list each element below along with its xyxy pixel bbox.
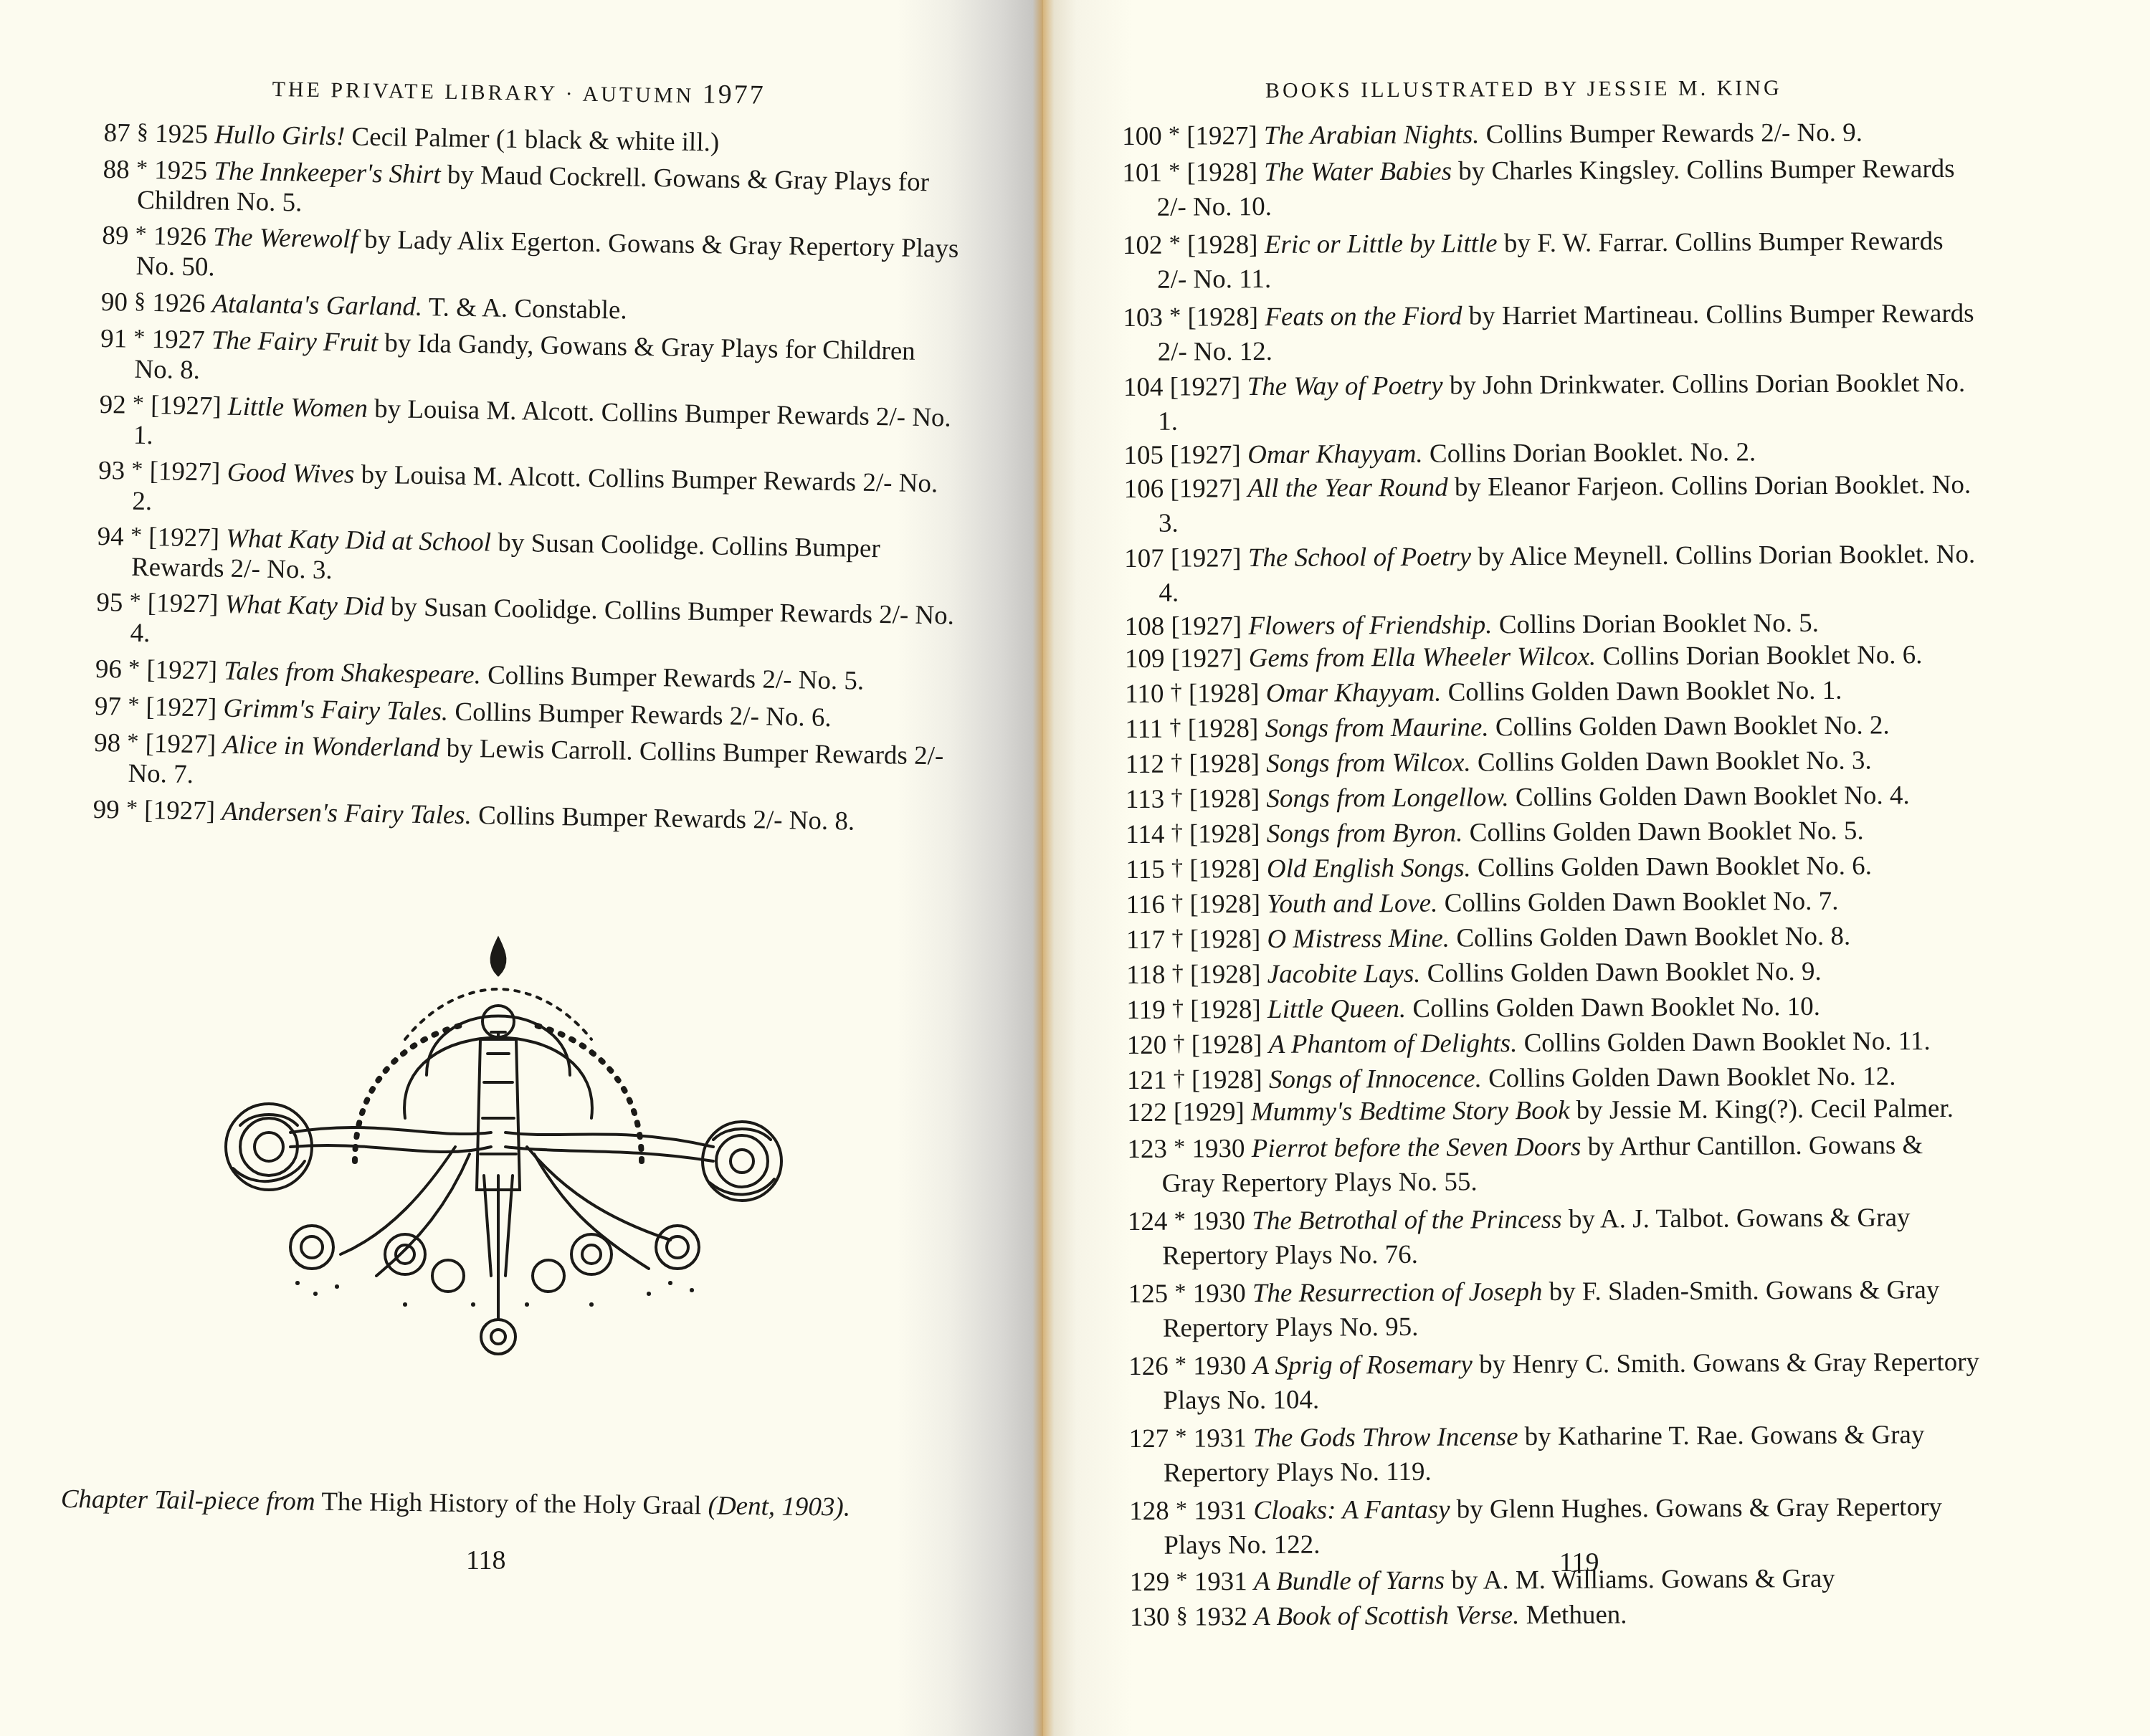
entry-year: [1927] xyxy=(1170,372,1241,402)
entry-number: 115 xyxy=(1126,855,1164,884)
entry-year: 1930 xyxy=(1192,1206,1245,1236)
entry-year: [1927] xyxy=(1171,611,1242,642)
list-item: 104 [1927] The Way of Poetry by John Dri… xyxy=(1123,366,1977,439)
entry-details: Collins Bumper Rewards 2/- No. 8. xyxy=(472,801,855,836)
entry-details: T. & A. Constable. xyxy=(422,292,627,325)
list-item: 89 * 1926 The Werewolf by Lady Alix Eger… xyxy=(101,218,962,295)
entry-number: 118 xyxy=(1126,960,1165,990)
entry-title: Good Wives xyxy=(227,458,354,490)
entry-mark: * xyxy=(1174,1134,1185,1160)
entry-number: 128 xyxy=(1129,1497,1169,1526)
entry-title: Old English Songs. xyxy=(1267,853,1471,883)
entry-mark: † xyxy=(1173,1030,1184,1056)
entry-mark: * xyxy=(1174,1279,1186,1305)
entry-year: [1928] xyxy=(1188,714,1259,744)
entry-mark: † xyxy=(1169,714,1181,740)
entry-number: 88 xyxy=(103,155,130,185)
list-item: 124 * 1930 The Betrothal of the Princess… xyxy=(1128,1198,1982,1274)
entry-mark: * xyxy=(128,654,141,680)
entry-year: [1928] xyxy=(1191,1065,1262,1095)
entry-title: The Werewolf xyxy=(213,222,358,254)
entry-details: Methuen. xyxy=(1519,1600,1627,1630)
entry-details: Collins Golden Dawn Booklet No. 5. xyxy=(1462,816,1863,848)
entry-title: A Sprig of Rosemary xyxy=(1252,1350,1473,1380)
entry-number: 89 xyxy=(102,221,129,251)
entry-details: Collins Golden Dawn Booklet No. 12. xyxy=(1482,1062,1896,1093)
entry-year: [1928] xyxy=(1190,925,1261,955)
entry-title: Songs of Innocence. xyxy=(1269,1064,1482,1094)
entry-year: 1925 xyxy=(154,156,208,186)
entry-mark: † xyxy=(1170,679,1181,705)
entry-year: 1931 xyxy=(1194,1567,1247,1596)
entry-details: Collins Golden Dawn Booklet No. 4. xyxy=(1509,781,1910,812)
entry-mark: † xyxy=(1171,925,1183,950)
entry-details: Collins Bumper Rewards 2/- No. 6. xyxy=(448,697,832,733)
entry-number: 127 xyxy=(1129,1424,1169,1454)
entry-mark: † xyxy=(1171,749,1182,775)
list-item: 127 * 1931 The Gods Throw Incense by Kat… xyxy=(1129,1415,1983,1491)
illustration-caption: Chapter Tail-piece from The High History… xyxy=(61,1484,851,1523)
entry-number: 95 xyxy=(96,588,123,618)
entry-year: [1928] xyxy=(1186,158,1257,188)
entry-number: 99 xyxy=(92,795,120,825)
right-page: Books Illustrated by Jessie M. King 100 … xyxy=(1043,0,2150,1736)
list-item: 88 * 1925 The Innkeeper's Shirt by Maud … xyxy=(103,152,964,229)
entry-title: Gems from Ella Wheeler Wilcox. xyxy=(1248,642,1596,674)
entry-year: [1928] xyxy=(1189,890,1260,920)
entry-number: 94 xyxy=(97,522,124,552)
entry-title: All the Year Round xyxy=(1247,473,1447,503)
entry-title: The Innkeeper's Shirt xyxy=(214,156,441,189)
entry-mark: * xyxy=(1169,302,1181,328)
entry-year: 1930 xyxy=(1191,1134,1245,1163)
entry-number: 112 xyxy=(1126,750,1164,779)
caption-work-title: The High History of the Holy Graal xyxy=(315,1487,708,1521)
running-head-left: The Private Library · Autumn 1977 xyxy=(272,72,766,111)
entry-mark: * xyxy=(133,324,146,350)
entry-title: The Gods Throw Incense xyxy=(1253,1422,1518,1453)
list-item: 108 [1927] Flowers of Friendship. Collin… xyxy=(1125,607,1978,643)
entry-number: 114 xyxy=(1126,820,1164,849)
entry-number: 93 xyxy=(98,456,125,486)
entry-year: [1927] xyxy=(149,457,220,487)
list-item: 120 † [1928] A Phantom of Delights. Coll… xyxy=(1127,1023,1980,1062)
entry-details: Cecil Palmer (1 black & white ill.) xyxy=(345,122,720,157)
entry-year: [1927] xyxy=(1171,543,1242,573)
entry-mark: † xyxy=(1171,784,1182,810)
caption-prefix: Chapter Tail-piece from xyxy=(61,1484,315,1517)
entry-mark: * xyxy=(126,795,138,821)
entry-mark: § xyxy=(134,287,146,313)
entry-year: [1927] xyxy=(148,523,219,553)
entry-number: 90 xyxy=(101,287,128,318)
tailpiece-illustration xyxy=(190,932,807,1362)
entry-number: 122 xyxy=(1127,1098,1167,1127)
entry-title: O Mistress Mine. xyxy=(1267,924,1450,954)
entry-details: by Jessie M. King(?). Cecil Palmer. xyxy=(1569,1094,1954,1125)
entry-details: Collins Golden Dawn Booklet No. 8. xyxy=(1450,922,1850,953)
list-item: 110 † [1928] Omar Khayyam. Collins Golde… xyxy=(1125,672,1978,710)
list-item: 98 * [1927] Alice in Wonderland by Lewis… xyxy=(93,725,954,802)
entry-title: Flowers of Friendship. xyxy=(1248,610,1492,641)
entry-title: Tales from Shakespeare. xyxy=(224,657,481,690)
entry-title: Songs from Byron. xyxy=(1267,819,1463,849)
list-item: 117 † [1928] O Mistress Mine. Collins Go… xyxy=(1126,917,1979,956)
list-item: 128 * 1931 Cloaks: A Fantasy by Glenn Hu… xyxy=(1129,1487,1983,1563)
entry-title: Eric or Little by Little xyxy=(1265,229,1498,259)
entry-number: 96 xyxy=(95,654,123,685)
entry-mark: † xyxy=(1171,854,1183,880)
list-item: 118 † [1928] Jacobite Lays. Collins Gold… xyxy=(1126,953,1979,991)
entry-mark: * xyxy=(136,155,148,181)
entry-mark: † xyxy=(1172,960,1184,986)
caption-publisher: (Dent, 1903). xyxy=(708,1491,850,1522)
entry-number: 87 xyxy=(103,118,130,148)
entry-title: The Way of Poetry xyxy=(1247,371,1443,401)
entry-number: 105 xyxy=(1123,441,1164,470)
entry-mark: * xyxy=(1169,121,1180,147)
entry-mark: * xyxy=(1169,230,1181,256)
entry-title: The Water Babies xyxy=(1264,157,1452,187)
entry-title: Feats on the Fiord xyxy=(1265,302,1462,332)
entry-number: 126 xyxy=(1128,1352,1169,1381)
entry-title: Omar Khayyam. xyxy=(1266,678,1442,708)
entry-mark: * xyxy=(1174,1206,1186,1232)
entry-mark: * xyxy=(1176,1496,1187,1522)
entry-title: Songs from Wilcox. xyxy=(1266,748,1471,778)
list-item: 92 * [1927] Little Women by Louisa M. Al… xyxy=(99,387,960,464)
entry-details: Collins Golden Dawn Booklet No. 7. xyxy=(1437,887,1838,918)
entry-details: Collins Golden Dawn Booklet No. 2. xyxy=(1489,710,1890,742)
entry-year: 1932 xyxy=(1194,1602,1247,1631)
list-item: 122 [1929] Mummy's Bedtime Story Book by… xyxy=(1127,1093,1980,1129)
entry-year: [1928] xyxy=(1189,819,1260,849)
entry-year: [1927] xyxy=(151,391,222,421)
entry-number: 117 xyxy=(1126,925,1165,955)
list-item: 106 [1927] All the Year Round by Eleanor… xyxy=(1124,468,1977,541)
entry-title: The Arabian Nights. xyxy=(1264,120,1480,151)
left-page: The Private Library · Autumn 1977 87 § 1… xyxy=(0,0,1043,1736)
entry-list-left: 87 § 1925 Hullo Girls! Cecil Palmer (1 b… xyxy=(92,115,964,842)
entry-year: 1931 xyxy=(1194,1496,1247,1525)
list-item: 109 [1927] Gems from Ella Wheeler Wilcox… xyxy=(1125,639,1978,675)
list-item: 91 * 1927 The Fairy Fruit by Ida Gandy, … xyxy=(100,321,961,398)
entry-number: 123 xyxy=(1127,1135,1167,1164)
entry-mark: * xyxy=(1176,1567,1187,1593)
entry-title: Little Queen. xyxy=(1267,994,1406,1024)
page-number-left: 118 xyxy=(466,1545,506,1576)
entry-number: 129 xyxy=(1130,1568,1170,1597)
entry-year: [1928] xyxy=(1187,230,1258,260)
entry-mark: † xyxy=(1174,1065,1185,1091)
entry-details: Collins Golden Dawn Booklet No. 9. xyxy=(1420,957,1821,988)
list-item: 125 * 1930 The Resurrection of Joseph by… xyxy=(1128,1270,1982,1346)
entry-details: Collins Dorian Booklet No. 5. xyxy=(1492,609,1819,639)
entry-title: Hullo Girls! xyxy=(214,120,346,151)
running-head-text: The Private Library · Autumn xyxy=(272,77,694,108)
list-item: 103 * [1928] Feats on the Fiord by Harri… xyxy=(1123,294,1977,370)
list-item: 119 † [1928] Little Queen. Collins Golde… xyxy=(1126,988,1979,1026)
entry-mark: § xyxy=(1176,1602,1188,1628)
entry-year: [1927] xyxy=(147,588,218,619)
entry-details: Collins Golden Dawn Booklet No. 10. xyxy=(1406,992,1820,1024)
entry-title: The Resurrection of Joseph xyxy=(1252,1277,1543,1308)
entry-mark: * xyxy=(128,692,140,717)
list-item: 112 † [1928] Songs from Wilcox. Collins … xyxy=(1126,742,1979,781)
entry-mark: * xyxy=(127,728,139,754)
list-item: 101 * [1928] The Water Babies by Charles… xyxy=(1122,149,1976,225)
entry-mark: § xyxy=(137,118,149,144)
entry-title: Youth and Love. xyxy=(1267,889,1437,919)
entry-number: 119 xyxy=(1126,996,1165,1025)
entry-year: 1930 xyxy=(1192,1279,1245,1308)
entry-mark: * xyxy=(1175,1351,1186,1377)
list-item: 129 * 1931 A Bundle of Yarns by A. M. Wi… xyxy=(1130,1560,1983,1598)
entry-number: 102 xyxy=(1123,231,1163,260)
list-item: 114 † [1928] Songs from Byron. Collins G… xyxy=(1126,812,1979,851)
entry-number: 101 xyxy=(1122,158,1162,188)
entry-number: 125 xyxy=(1128,1279,1168,1309)
list-item: 102 * [1928] Eric or Little by Little by… xyxy=(1123,221,1977,297)
entry-title: Songs from Maurine. xyxy=(1265,712,1489,743)
entry-year: [1928] xyxy=(1189,749,1260,779)
list-item: 126 * 1930 A Sprig of Rosemary by Henry … xyxy=(1128,1342,1982,1418)
entry-title: The School of Poetry xyxy=(1248,542,1472,573)
entry-year: [1927] xyxy=(1170,440,1241,470)
entry-title: Pierrot before the Seven Doors xyxy=(1252,1132,1581,1163)
list-item: 111 † [1928] Songs from Maurine. Collins… xyxy=(1125,707,1978,745)
entry-title: Little Women xyxy=(228,392,368,424)
entry-title: A Bundle of Yarns xyxy=(1254,1566,1445,1596)
entry-year: [1928] xyxy=(1187,302,1258,333)
entry-title: Songs from Longellow. xyxy=(1266,783,1508,814)
list-item: 95 * [1927] What Katy Did by Susan Cooli… xyxy=(95,585,956,662)
list-item: 123 * 1930 Pierrot before the Seven Door… xyxy=(1127,1125,1981,1201)
entry-mark: † xyxy=(1171,890,1183,915)
entry-mark: * xyxy=(130,522,143,548)
entry-number: 106 xyxy=(1124,474,1164,504)
entry-details: Collins Golden Dawn Booklet No. 1. xyxy=(1441,676,1842,707)
entry-number: 110 xyxy=(1125,679,1164,709)
list-item: 121 † [1928] Songs of Innocence. Collins… xyxy=(1127,1058,1980,1097)
entry-list-right: 100 * [1927] The Arabian Nights. Collins… xyxy=(1122,114,1983,1634)
entry-number: 97 xyxy=(95,692,122,722)
entry-title: Grimm's Fairy Tales. xyxy=(223,694,448,727)
entry-number: 92 xyxy=(99,390,126,420)
entry-title: What Katy Did at School xyxy=(226,524,492,558)
entry-number: 111 xyxy=(1125,715,1163,744)
entry-title: A Book of Scottish Verse. xyxy=(1254,1601,1520,1631)
entry-title: Atalanta's Garland. xyxy=(211,289,422,322)
entry-mark: * xyxy=(135,221,147,247)
running-head-right: Books Illustrated by Jessie M. King xyxy=(1265,76,1782,103)
entry-number: 116 xyxy=(1126,890,1165,920)
entry-details: Collins Dorian Booklet No. 6. xyxy=(1596,640,1923,671)
list-item: 93 * [1927] Good Wives by Louisa M. Alco… xyxy=(97,453,959,530)
entry-title: A Phantom of Delights. xyxy=(1269,1029,1518,1059)
entry-year: [1927] xyxy=(146,692,217,723)
entry-title: Andersen's Fairy Tales. xyxy=(222,797,472,830)
entry-number: 109 xyxy=(1125,644,1165,674)
entry-title: The Betrothal of the Princess xyxy=(1252,1205,1562,1236)
entry-details: Collins Golden Dawn Booklet No. 11. xyxy=(1517,1026,1930,1058)
entry-title: Mummy's Bedtime Story Book xyxy=(1251,1096,1570,1127)
entry-year: [1928] xyxy=(1189,679,1260,709)
entry-year: [1929] xyxy=(1174,1097,1245,1127)
entry-year: [1928] xyxy=(1190,960,1261,990)
entry-year: [1927] xyxy=(144,796,215,826)
entry-year: 1926 xyxy=(152,288,206,318)
entry-number: 108 xyxy=(1125,612,1165,642)
entry-number: 113 xyxy=(1126,785,1164,814)
entry-year: [1927] xyxy=(145,729,216,760)
list-item: 105 [1927] Omar Khayyam. Collins Dorian … xyxy=(1123,436,1977,472)
entry-number: 107 xyxy=(1124,544,1164,573)
entry-number: 91 xyxy=(100,324,128,354)
entry-mark: * xyxy=(129,588,141,614)
entry-details: Collins Bumper Rewards 2/- No. 9. xyxy=(1479,118,1863,150)
entry-number: 130 xyxy=(1130,1603,1170,1632)
entry-mark: * xyxy=(131,456,143,482)
entry-year: [1927] xyxy=(1186,121,1257,151)
entry-year: 1930 xyxy=(1193,1351,1246,1380)
entry-year: [1927] xyxy=(1170,474,1241,504)
entry-number: 104 xyxy=(1123,373,1164,402)
entry-mark: * xyxy=(133,390,145,416)
entry-details: Collins Golden Dawn Booklet No. 6. xyxy=(1471,852,1872,883)
entry-title: The Fairy Fruit xyxy=(211,325,379,358)
entry-details: Collins Dorian Booklet. No. 2. xyxy=(1423,437,1756,468)
entry-title: Cloaks: A Fantasy xyxy=(1253,1495,1450,1525)
list-item: 115 † [1928] Old English Songs. Collins … xyxy=(1126,847,1979,886)
entry-title: What Katy Did xyxy=(224,590,384,621)
entry-title: Omar Khayyam. xyxy=(1247,439,1423,469)
entry-mark: * xyxy=(1169,158,1180,183)
entry-year: [1927] xyxy=(1171,644,1242,674)
list-item: 94 * [1927] What Katy Did at School by S… xyxy=(97,519,958,596)
list-item: 116 † [1928] Youth and Love. Collins Gol… xyxy=(1126,882,1979,921)
entry-number: 124 xyxy=(1128,1207,1168,1236)
entry-title: Alice in Wonderland xyxy=(222,730,439,763)
entry-year: 1931 xyxy=(1194,1423,1247,1453)
entry-year: [1927] xyxy=(146,655,217,686)
entry-year: 1927 xyxy=(151,325,205,355)
entry-number: 120 xyxy=(1127,1031,1167,1060)
entry-year: [1928] xyxy=(1189,854,1260,884)
entry-number: 100 xyxy=(1122,122,1162,151)
entry-details: Collins Golden Dawn Booklet No. 3. xyxy=(1471,746,1872,778)
entry-year: [1928] xyxy=(1191,1030,1262,1060)
list-item: 100 * [1927] The Arabian Nights. Collins… xyxy=(1122,114,1975,153)
entry-details: by A. M. Williams. Gowans & Gray xyxy=(1445,1564,1835,1596)
list-item: 130 § 1932 A Book of Scottish Verse. Met… xyxy=(1130,1595,1983,1634)
entry-title: Jacobite Lays. xyxy=(1267,959,1421,989)
running-head-year: 1977 xyxy=(702,79,766,110)
list-item: 113 † [1928] Songs from Longellow. Colli… xyxy=(1126,777,1979,816)
entry-year: [1928] xyxy=(1189,784,1260,814)
entry-year: 1925 xyxy=(155,119,209,149)
entry-mark: † xyxy=(1172,995,1184,1021)
entry-year: [1928] xyxy=(1190,995,1261,1025)
entry-year: 1926 xyxy=(153,221,207,252)
entry-details: Collins Bumper Rewards 2/- No. 5. xyxy=(481,660,865,695)
entry-number: 98 xyxy=(94,728,121,758)
entry-number: 121 xyxy=(1127,1066,1167,1095)
entry-mark: * xyxy=(1175,1423,1186,1449)
list-item: 107 [1927] The School of Poetry by Alice… xyxy=(1124,538,1977,611)
page-number-right: 119 xyxy=(1559,1547,1599,1578)
entry-number: 103 xyxy=(1123,303,1163,333)
entry-mark: † xyxy=(1171,819,1183,845)
